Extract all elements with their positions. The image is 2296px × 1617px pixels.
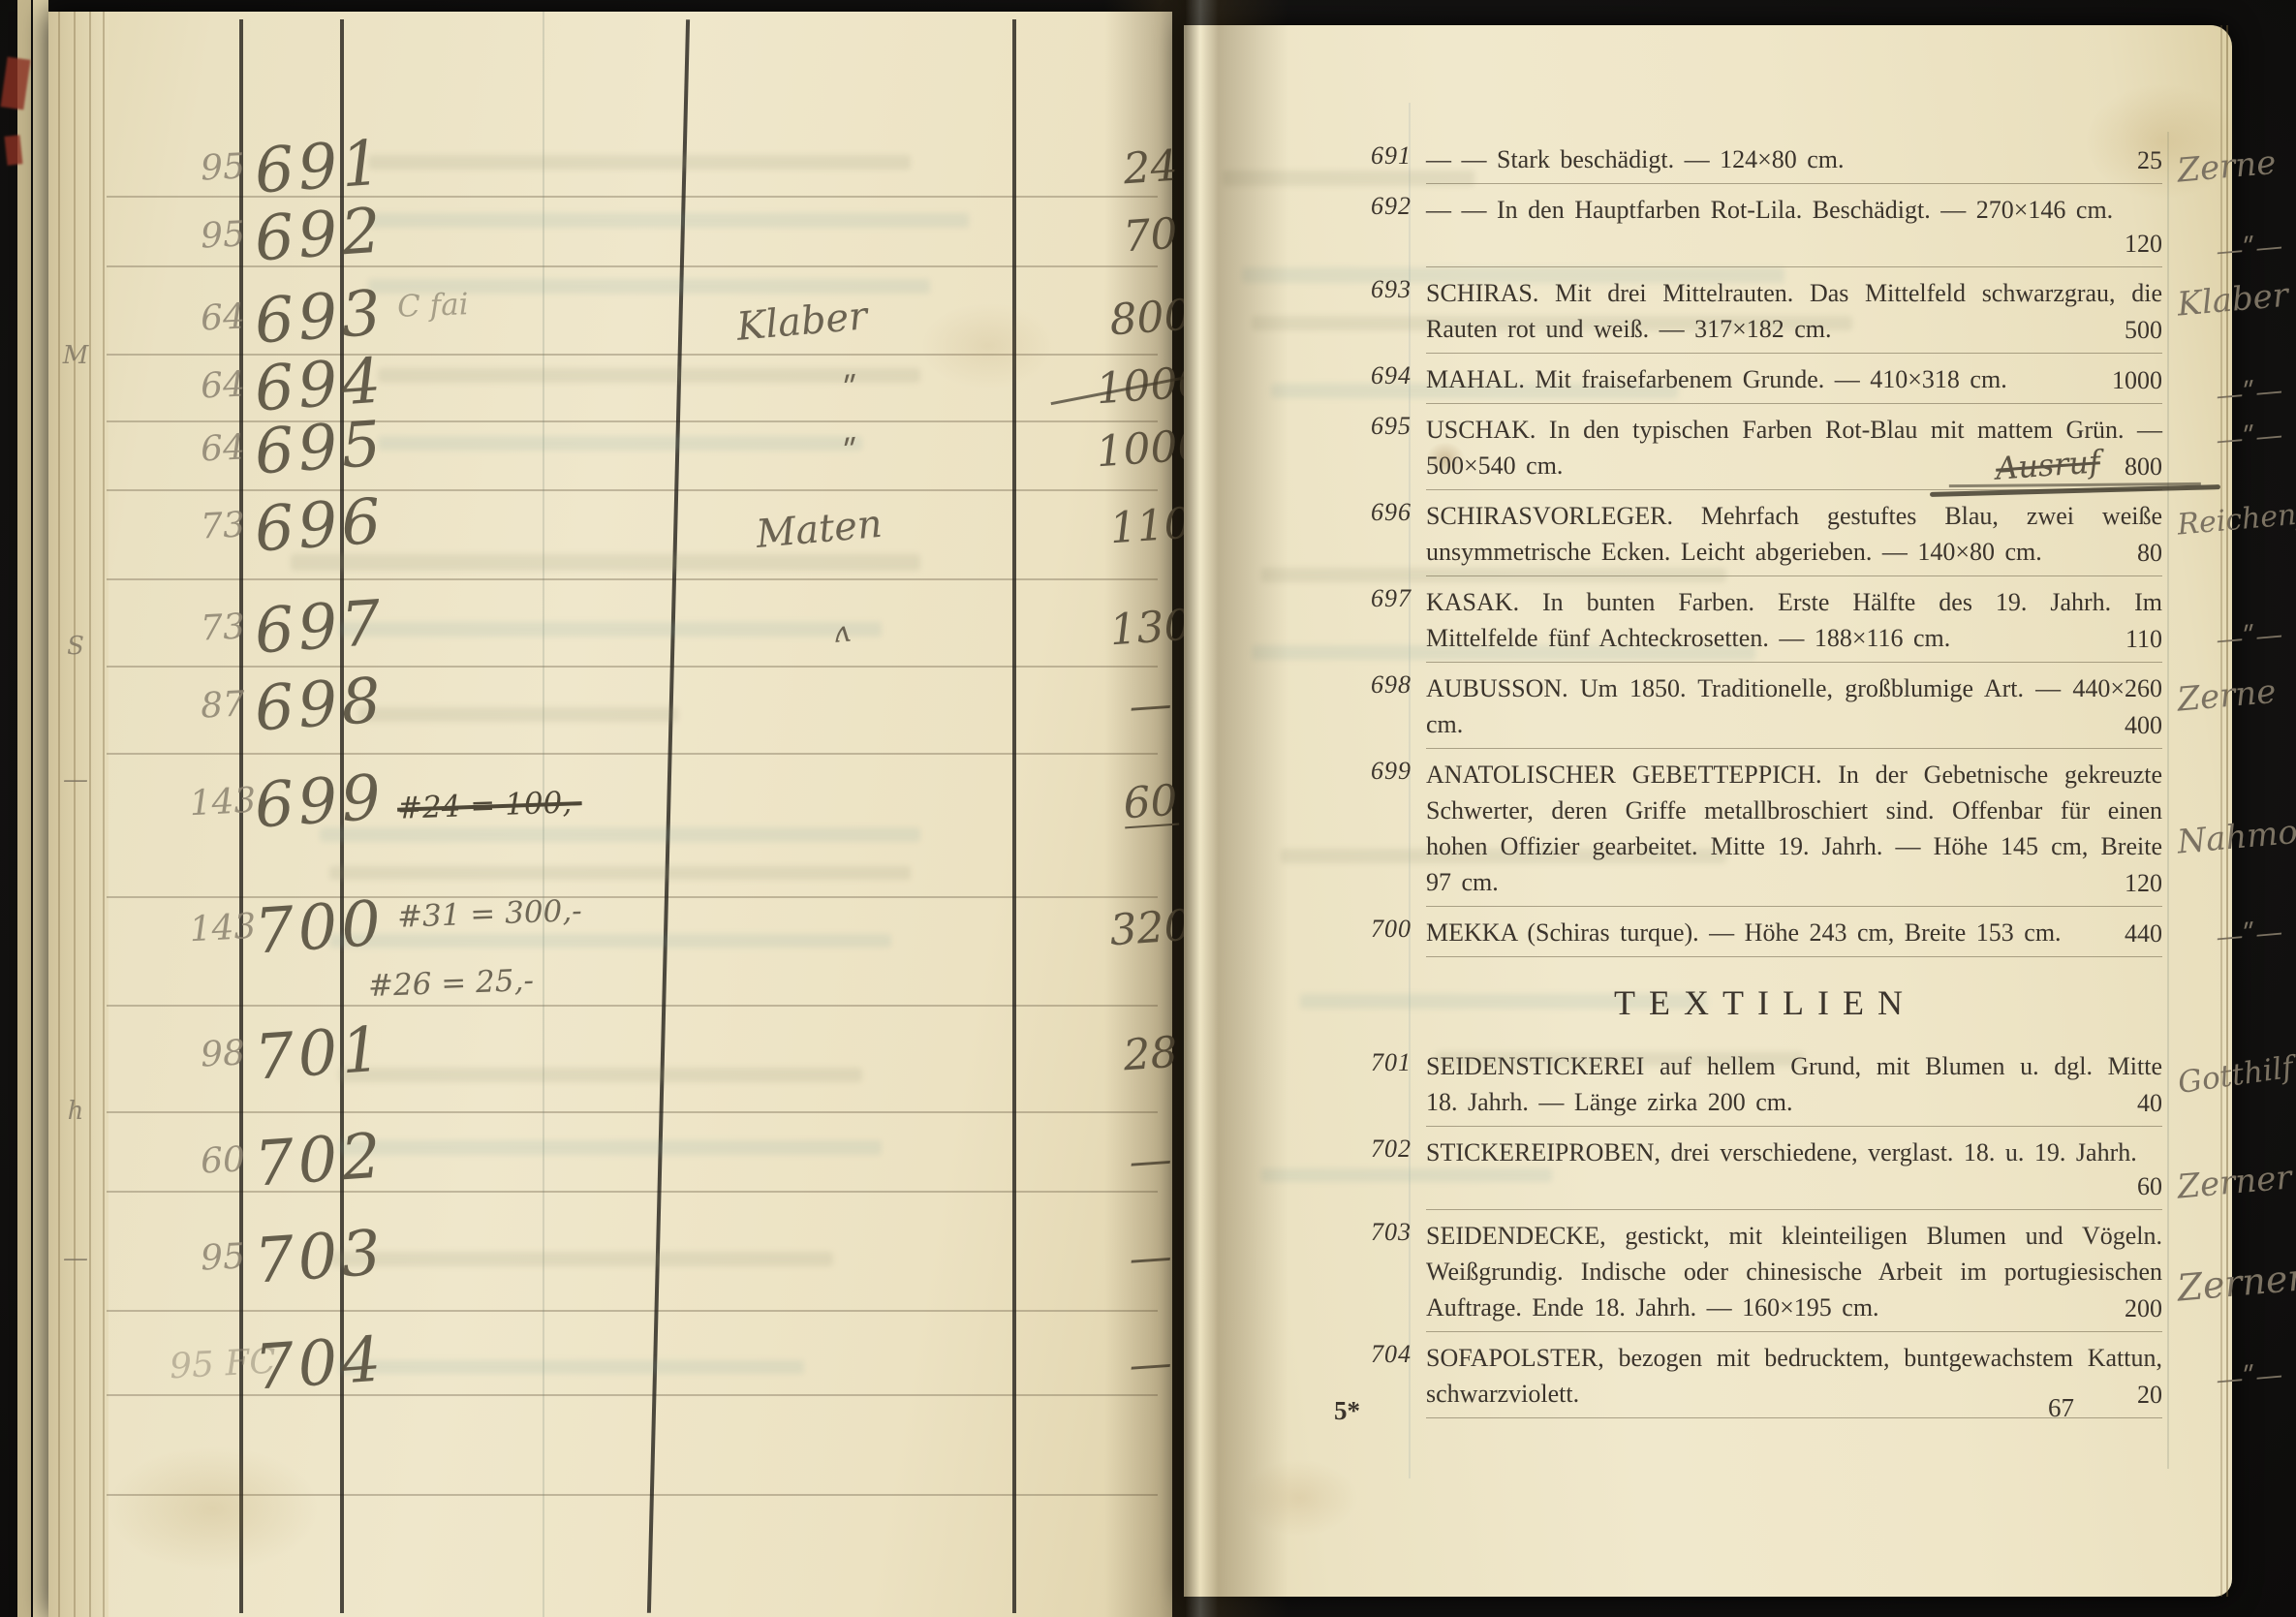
catalog-entry: 696 SCHIRASVORLEGER. Mehrfach gestuftes … [1426,490,2162,576]
catalog-entry: 694 MAHAL. Mit fraisefarbenem Grunde. — … [1426,354,2162,404]
ledger-row: 143 699 #24 = 100,- 60 [107,758,1167,847]
handwritten-note: C fai [396,279,717,325]
struck-price-note: #24 = 100,- [396,781,717,826]
catalog-entry: 702 STICKEREIPROBEN, drei verschiedene, … [1426,1127,2162,1210]
lot-number: 695 [1329,412,1412,441]
catalog-entry: 693 SCHIRAS. Mit drei Mittelrauten. Das … [1426,267,2162,354]
entry-text: SCHIRASVORLEGER. Mehrfach gestuftes Blau… [1426,498,2162,570]
buyer-annotation: Maten [735,486,1068,559]
estimate-price: 120 [2125,230,2162,259]
ledger-row: 60 702 — [107,1116,1167,1205]
entry-text: — — In den Hauptfarben Rot-Lila. Beschäd… [1426,192,2162,228]
lot-number: 696 [231,484,410,568]
catalog-entry: 701 SEIDENSTICKEREI auf hellem Grund, mi… [1426,1041,2162,1127]
estimate-price: 25 [2137,146,2162,175]
catalog-entry: 692 — — In den Hauptfarben Rot-Lila. Bes… [1426,184,2162,267]
entry-text: ANATOLISCHER GEBETTEPPICH. In der Gebetn… [1426,757,2162,900]
column-rule-faint [2167,132,2169,1469]
lot-number: 702 [231,1119,410,1202]
ledger-row: 95 692 70 [107,191,1167,280]
estimate-price: 120 [2125,869,2162,898]
paper-stain [107,1446,320,1571]
entry-text: SEIDENDECKE, gestickt, mit kleinteiligen… [1426,1218,2162,1325]
estimate-price: 80 [2137,539,2162,568]
buyer-annotation: Zerner [2176,1143,2296,1206]
signature-mark: 5* [1334,1396,1360,1426]
estimate-price: 60 [2137,1172,2162,1201]
ledger-row: 143 700 #31 = 300,- 320 [107,884,1167,973]
lot-number: 704 [231,1322,410,1406]
lot-number: 698 [1329,670,1412,700]
buyer-annotation: Zerner [2176,1242,2296,1309]
ruled-line [107,1005,1158,1007]
ruled-line [107,1111,1158,1113]
ledger-row: 95 FC 704 — [107,1320,1167,1409]
catalog-entry: 697 KASAK. In bunten Farben. Erste Hälft… [1426,576,2162,663]
estimate-price: 800 [2125,452,2162,482]
red-edge-mark [4,135,22,166]
lot-number: 699 [1329,757,1412,786]
entry-text: SCHIRAS. Mit drei Mittelrauten. Das Mitt… [1426,275,2162,347]
entry-text: STICKEREIPROBEN, drei verschiedene, verg… [1426,1135,2162,1170]
fold-line [103,12,105,1617]
binding-mark: h [54,1097,97,1126]
catalog-entry: 698 AUBUSSON. Um 1850. Traditionelle, gr… [1426,663,2162,749]
lot-number: 702 [1329,1135,1412,1164]
binding-mark: — [54,765,97,794]
lot-number: 697 [1329,584,1412,613]
catalog-entry: 699 ANATOLISCHER GEBETTEPPICH. In der Ge… [1426,749,2162,907]
entry-text: KASAK. In bunten Farben. Erste Hälfte de… [1426,584,2162,656]
ditto-annotation: —ʺ— [2176,600,2296,660]
lot-number: 700 [231,886,410,970]
lot-number: 692 [1329,192,1412,221]
lot-number: 701 [1329,1048,1412,1077]
buyer-annotation: Nahmoff [2176,798,2296,861]
estimate-price: 400 [2125,711,2162,740]
fold-line [74,12,76,1617]
estimate-price: 40 [2137,1089,2162,1118]
lot-number: 695 [231,407,410,490]
ledger-row: 87 698 — [107,661,1167,750]
lot-number: 693 [1329,275,1412,304]
estimate-price: 110 [2125,625,2162,654]
page-edge [2220,25,2222,1597]
ledger-row: 64 695 ʺ 1000 [107,404,1167,493]
entry-text: — — Stark beschädigt. — 124×80 cm. [1426,141,2162,177]
ledger-row: 95 703 — [107,1213,1167,1302]
ledger-page: M S — h — 95 691 24 95 692 7 [48,12,1172,1617]
ditto-annotation: —ʺ— [2176,897,2296,957]
lot-number: 696 [1329,498,1412,527]
binding-mark: — [54,1244,97,1273]
column-rule-faint [1409,103,1411,1478]
catalog-entry: 700 MEKKA (Schiras turque). — Höhe 243 c… [1426,907,2162,957]
ruled-line [107,1310,1158,1312]
catalog-entries: 691 — — Stark beschädigt. — 124×80 cm. 2… [1426,134,2162,1418]
ruled-line [107,753,1158,755]
entry-text: SEIDENSTICKEREI auf hellem Grund, mit Bl… [1426,1048,2162,1120]
buyer-annotation: Gotthilf [2176,1027,2296,1101]
estimate-price: 1000 [2112,366,2162,395]
price-note: #31 = 300,- [396,889,717,935]
lot-number: 703 [1329,1218,1412,1247]
ledger-row: 73 696 Maten 110 [107,482,1167,571]
buyer-annotation: Klaber [735,278,1048,350]
estimate-price: 20 [2137,1381,2162,1410]
page-stack-edge [33,0,48,1617]
bleed-through [329,866,911,880]
ditto-annotation: —ʺ— [2176,1340,2296,1400]
entry-text: AUBUSSON. Um 1850. Traditionelle, großbl… [1426,670,2162,742]
page-stack-edge [17,0,31,1617]
page-edge [2226,25,2228,1597]
price-note: #26 = 25,- [367,963,534,1004]
ditto-annotation: —ʺ— [2176,356,2296,416]
catalog-entry: 691 — — Stark beschädigt. — 124×80 cm. 2… [1426,134,2162,184]
lot-number: 694 [1329,361,1412,390]
entry-text: MEKKA (Schiras turque). — Höhe 243 cm, B… [1426,915,2162,950]
buyer-annotation: Zerne [2176,656,2296,719]
section-header: TEXTILIEN [1426,957,2162,1041]
binding-mark: M [54,341,97,370]
estimate-price: 500 [2125,316,2162,345]
entry-text: MAHAL. Mit fraisefarbenem Grunde. — 410×… [1426,361,2162,397]
lot-number: 698 [231,664,410,747]
estimate-price: 440 [2125,919,2162,948]
fold-line [89,12,91,1617]
ditto-annotation: —ʺ— [2176,211,2296,271]
lot-number: 692 [231,194,410,277]
lot-number: 700 [1329,915,1412,944]
lot-number: 704 [1329,1340,1412,1369]
buyer-annotation: Reichenfeld [2176,483,2296,542]
fold-line [58,12,60,1617]
catalog-entry: 703 SEIDENDECKE, gestickt, mit kleinteil… [1426,1210,2162,1332]
lot-number: 699 [231,761,410,844]
scanned-catalog-spread: { "document": { "type": "auction-catalog… [0,0,2296,1617]
catalog-page: 691 — — Stark beschädigt. — 124×80 cm. 2… [1184,25,2232,1597]
paper-stain [1242,1459,1358,1537]
lot-number: 697 [231,586,410,669]
binding-mark: S [54,632,97,661]
handwritten-ausruf: Ausruf [1995,443,2101,486]
page-number: 67 [2048,1393,2074,1423]
estimate-price: 200 [2125,1294,2162,1323]
lot-number: 703 [231,1216,410,1299]
binding-edge [48,12,109,1617]
lot-number: 691 [1329,141,1412,171]
ledger-row: 73 697 ʌ 130 [107,583,1167,672]
ruled-line [107,578,1158,580]
ledger-row: 98 701 28 [107,1010,1167,1099]
catalog-entry: 695 USCHAK. In den typischen Farben Rot-… [1426,404,2162,490]
lot-number: 701 [231,1012,410,1096]
buyer-annotation: Klaber [2176,261,2296,324]
